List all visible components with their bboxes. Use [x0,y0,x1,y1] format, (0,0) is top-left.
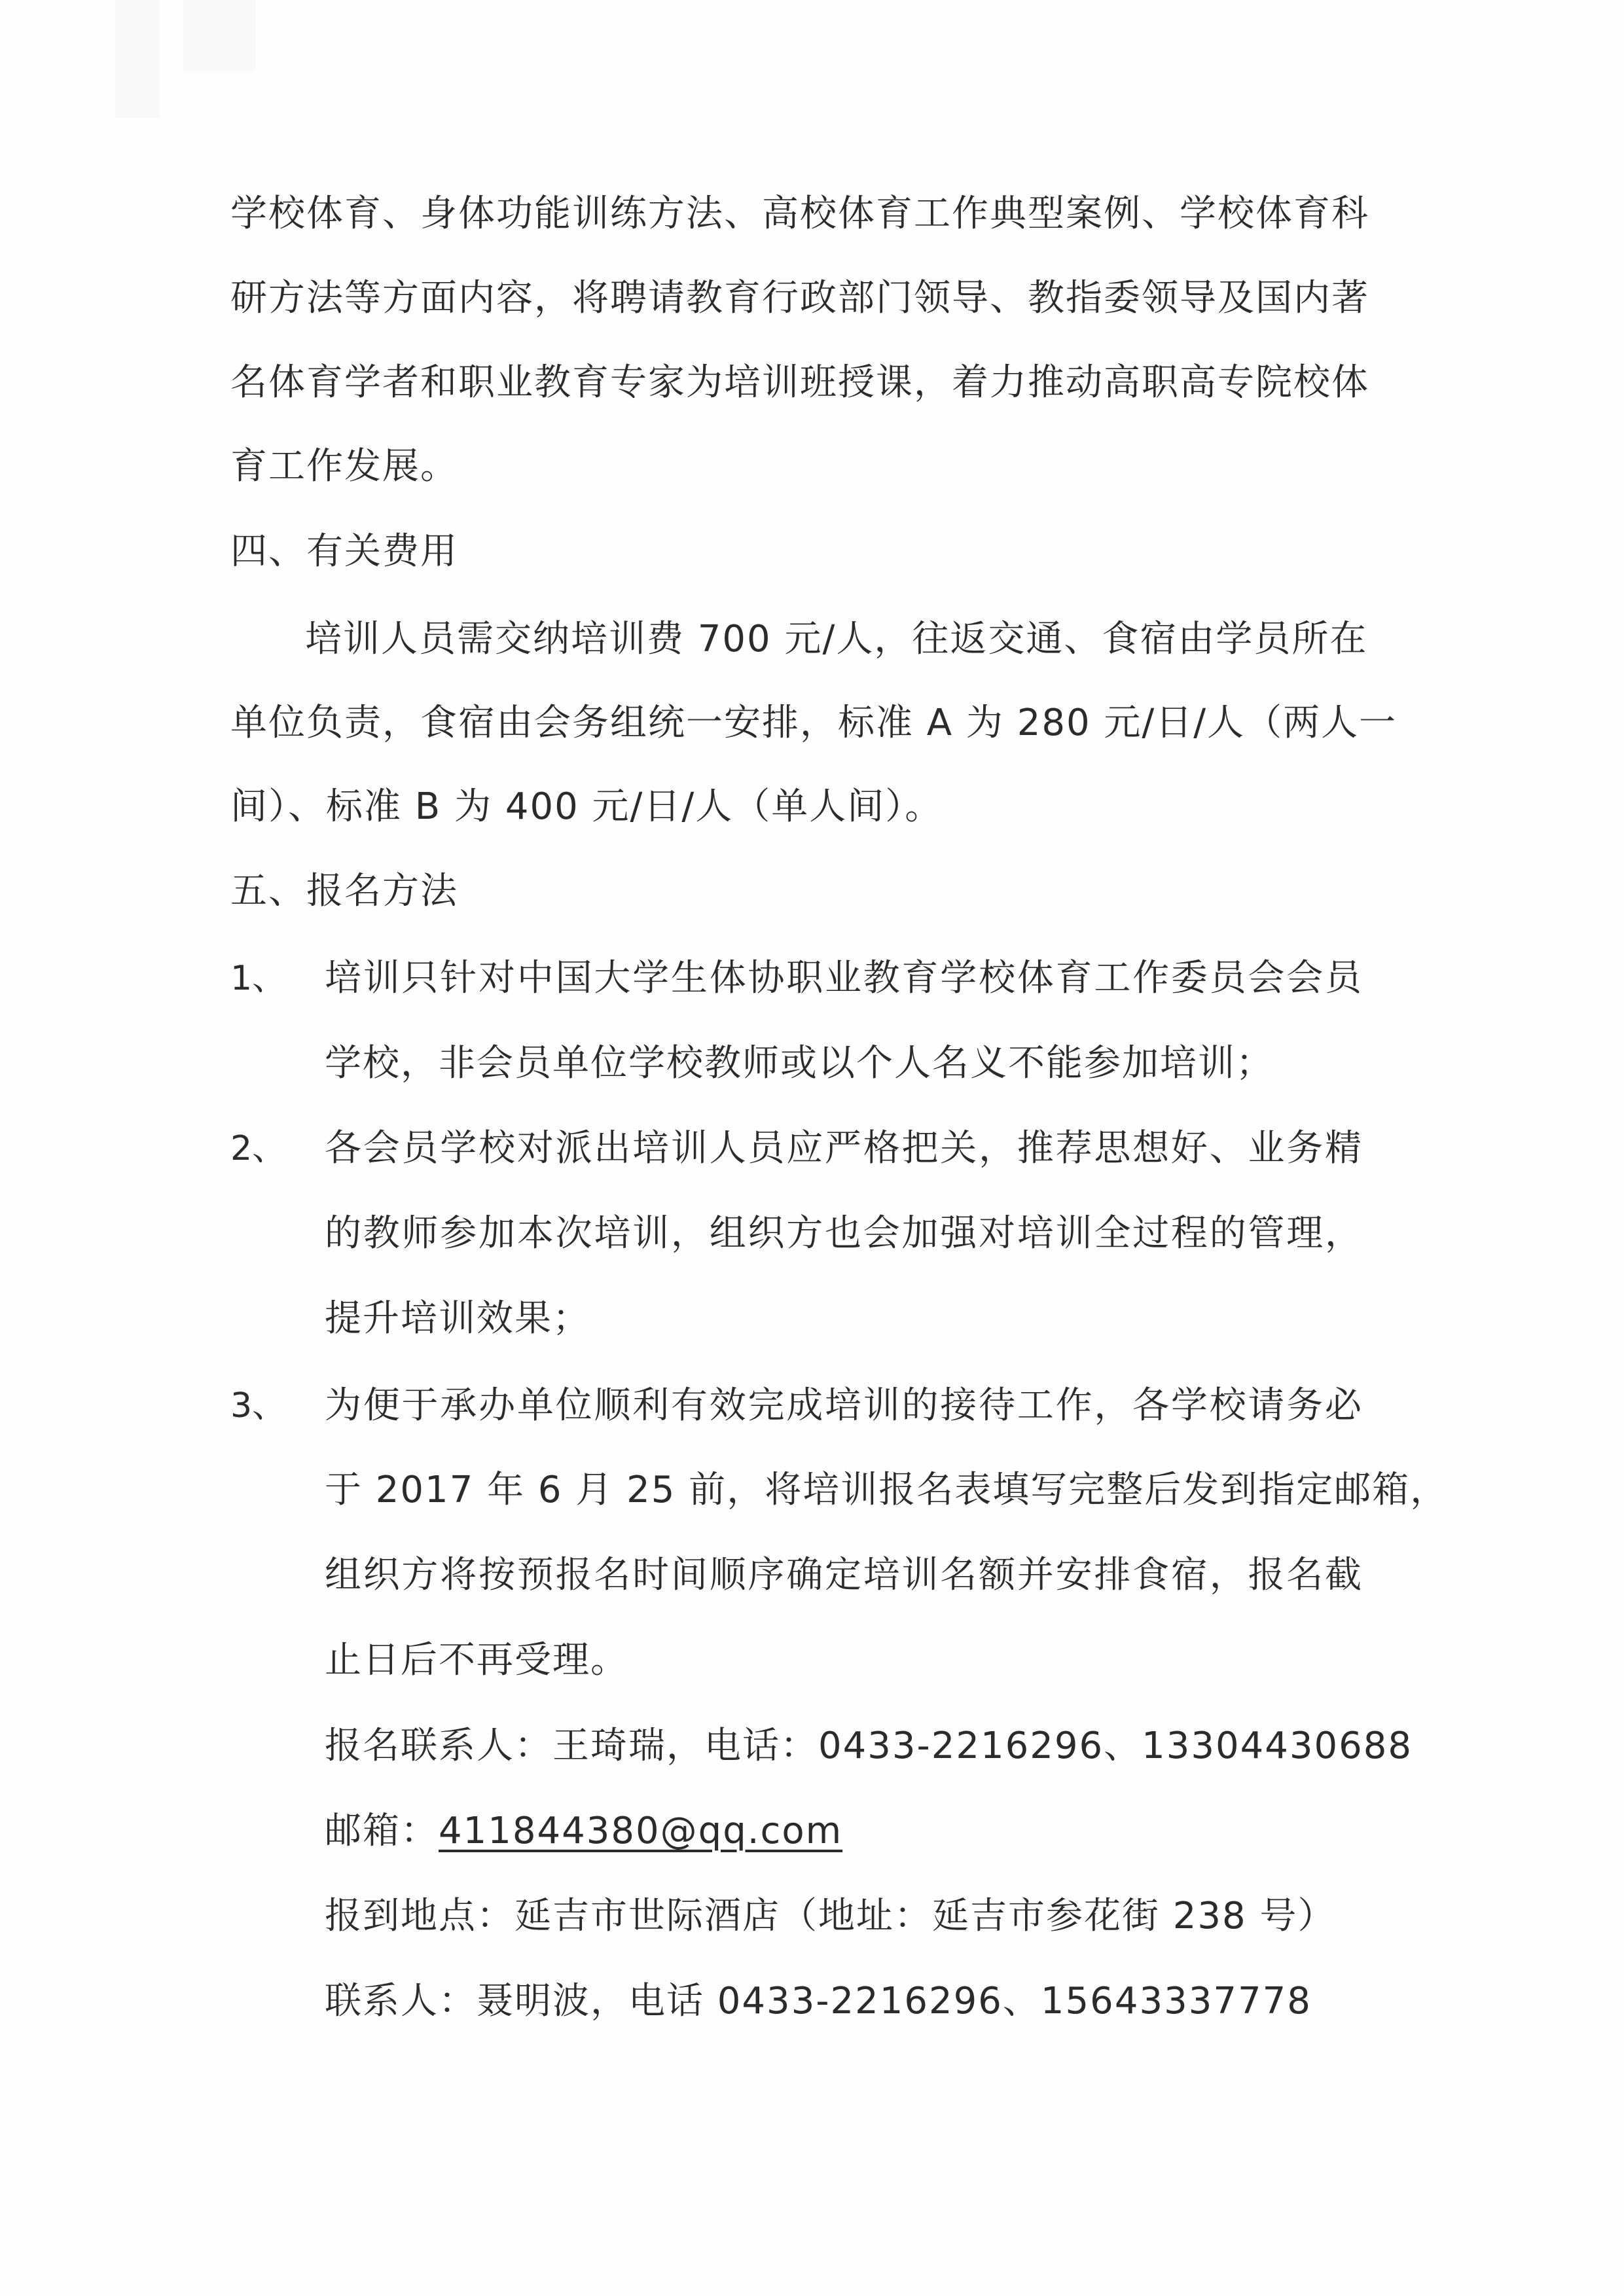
item-3-line-3: 组织方将按预报名时间顺序确定培训名额并安排食宿，报名截 [325,1552,1363,1598]
item-2-line-3: 提升培训效果； [325,1296,1363,1342]
fees-line-3: 间）、标准 B 为 400 元/日/人（单人间）。 [230,784,1363,830]
list-number-2: 2、 [230,1126,286,1172]
registration-contact: 报名联系人：王琦瑞，电话：0433-2216296、13304430688 [325,1723,1363,1769]
item-3-line-4: 止日后不再受理。 [325,1638,1363,1683]
item-1-line-1: 培训只针对中国大学生体协职业教育学校体育工作委员会会员 [325,956,1363,1001]
scan-artifact [115,0,160,118]
fees-line-2: 单位负责，食宿由会务组统一安排，标准 A 为 280 元/日/人（两人一 [230,700,1363,746]
email-line: 邮箱：411844380@qq.com [325,1808,1363,1854]
email-label: 邮箱： [325,1810,439,1852]
fees-line-1: 培训人员需交纳培训费 700 元/人，往返交通、食宿由学员所在 [305,617,1363,662]
list-number-1: 1、 [230,956,286,1001]
document-page: 学校体育、身体功能训练方法、高校体育工作典型案例、学校体育科 研方法等方面内容，… [0,0,1624,2296]
onsite-contact: 联系人：聂明波，电话 0433-2216296、15643337778 [325,1979,1363,2024]
intro-line-2: 研方法等方面内容，将聘请教育行政部门领导、教指委领导及国内著 [230,276,1363,321]
item-3-line-1: 为便于承办单位顺利有效完成培训的接待工作，各学校请务必 [325,1383,1363,1429]
item-3-line-2: 于 2017 年 6 月 25 前，将培训报名表填写完整后发到指定邮箱， [325,1467,1363,1513]
item-1-line-2: 学校，非会员单位学校教师或以个人名义不能参加培训； [325,1041,1363,1086]
intro-line-3: 名体育学者和职业教育专家为培训班授课，着力推动高职高专院校体 [230,360,1363,406]
list-number-3: 3、 [230,1383,286,1429]
scan-artifact [183,0,255,72]
check-in-location: 报到地点：延吉市世际酒店（地址：延吉市参花街 238 号） [325,1893,1363,1939]
item-2-line-2: 的教师参加本次培训，组织方也会加强对培训全过程的管理， [325,1211,1363,1257]
item-2-line-1: 各会员学校对派出培训人员应严格把关，推荐思想好、业务精 [325,1126,1363,1172]
intro-line-1: 学校体育、身体功能训练方法、高校体育工作典型案例、学校体育科 [230,191,1363,237]
section-five-heading: 五、报名方法 [230,869,1363,914]
intro-line-4: 育工作发展。 [230,444,1363,490]
section-four-heading: 四、有关费用 [230,529,1363,575]
email-link[interactable]: 411844380@qq.com [439,1810,842,1852]
